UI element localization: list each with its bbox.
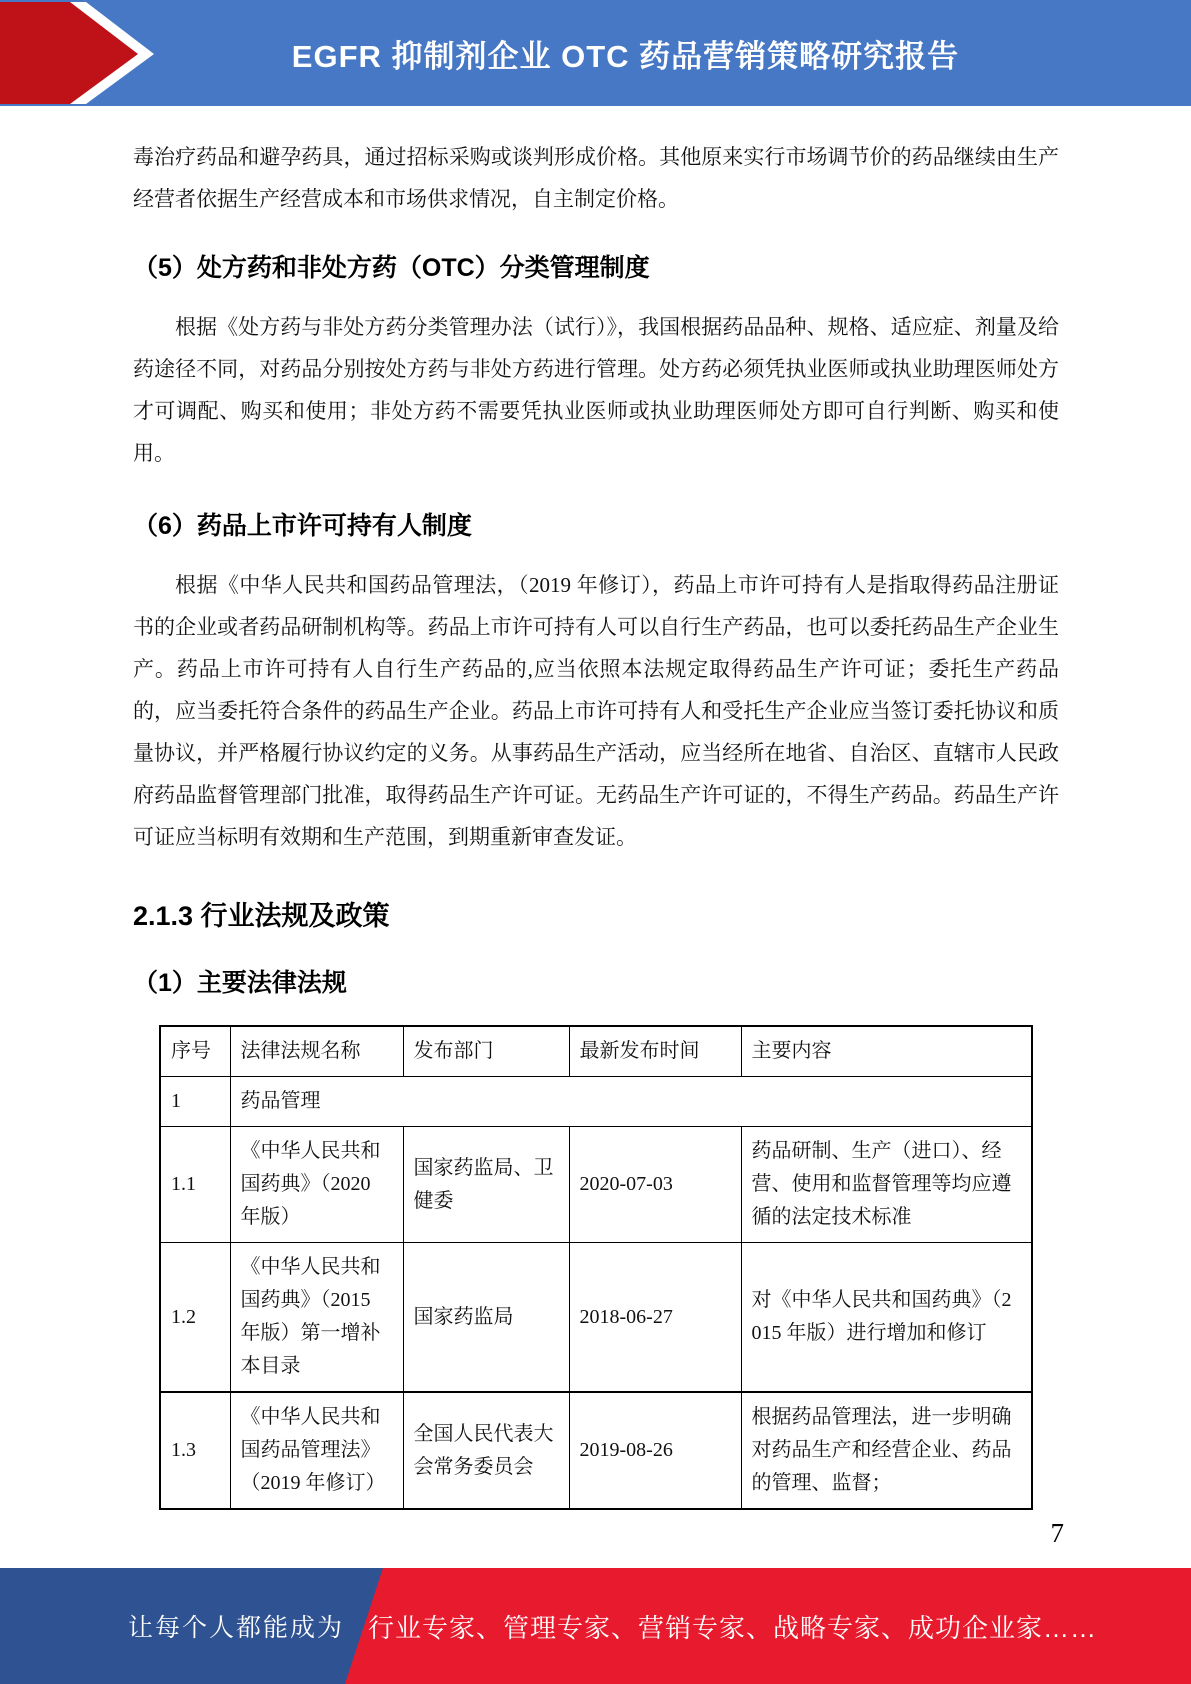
cell-content: 药品研制、生产（进口）、经营、使用和监督管理等均应遵循的法定技术标准 (741, 1127, 1032, 1243)
page-content: 毒治疗药品和避孕药具，通过招标采购或谈判形成价格。其他原来实行市场调节价的药品继… (0, 136, 1191, 1510)
section-heading-mah-system: （6）药品上市许可持有人制度 (133, 506, 1059, 542)
cell-content: 对《中华人民共和国药典》（2015 年版）进行增加和修订 (741, 1243, 1032, 1393)
cell-law-name: 《中华人民共和国药典》（2015 年版）第一增补本目录 (230, 1243, 403, 1393)
paragraph-price-continuation: 毒治疗药品和避孕药具，通过招标采购或谈判形成价格。其他原来实行市场调节价的药品继… (133, 136, 1059, 220)
report-page: EGFR 抑制剂企业 OTC 药品营销策略研究报告 毒治疗药品和避孕药具，通过招… (0, 0, 1191, 1684)
footer-slogan-right: 行业专家、管理专家、营销专家、战略专家、成功企业家…… (368, 1568, 1097, 1684)
header-cell-dept: 发布部门 (403, 1026, 569, 1077)
cell-no: 1.3 (160, 1392, 230, 1509)
header-cell-content: 主要内容 (741, 1026, 1032, 1077)
cell-group-title: 药品管理 (230, 1077, 1032, 1127)
laws-table: 序号 法律法规名称 发布部门 最新发布时间 主要内容 1 药品管理 1.1 《中… (159, 1025, 1033, 1510)
paragraph-mah-system: 根据《中华人民共和国药品管理法，（2019 年修订），药品上市许可持有人是指取得… (133, 564, 1059, 858)
cell-date: 2019-08-26 (569, 1392, 741, 1509)
cell-no: 1.2 (160, 1243, 230, 1393)
table-row: 1.3 《中华人民共和国药品管理法》（2019 年修订） 全国人民代表大会常务委… (160, 1392, 1032, 1509)
footer-band: 让每个人都能成为 行业专家、管理专家、营销专家、战略专家、成功企业家…… (0, 1568, 1191, 1684)
cell-law-name: 《中华人民共和国药品管理法》（2019 年修订） (230, 1392, 403, 1509)
table-row: 1.2 《中华人民共和国药典》（2015 年版）第一增补本目录 国家药监局 20… (160, 1243, 1032, 1393)
table-row: 1.1 《中华人民共和国药典》（2020 年版） 国家药监局、卫健委 2020-… (160, 1127, 1032, 1243)
report-title: EGFR 抑制剂企业 OTC 药品营销策略研究报告 (0, 0, 1191, 106)
header-cell-date: 最新发布时间 (569, 1026, 741, 1077)
cell-dept: 全国人民代表大会常务委员会 (403, 1392, 569, 1509)
cell-content: 根据药品管理法，进一步明确对药品生产和经营企业、药品的管理、监督； (741, 1392, 1032, 1509)
cell-date: 2020-07-03 (569, 1127, 741, 1243)
footer-slogan-left: 让每个人都能成为 (128, 1568, 344, 1684)
page-number: 7 (1051, 1518, 1065, 1549)
table-group-row: 1 药品管理 (160, 1077, 1032, 1127)
header-cell-name: 法律法规名称 (230, 1026, 403, 1077)
cell-dept: 国家药监局 (403, 1243, 569, 1393)
header-cell-no: 序号 (160, 1026, 230, 1077)
cell-no: 1.1 (160, 1127, 230, 1243)
section-heading-main-laws: （1）主要法律法规 (133, 963, 1059, 999)
section-heading-regulations: 2.1.3 行业法规及政策 (133, 894, 1059, 933)
cell-group-no: 1 (160, 1077, 230, 1127)
cell-date: 2018-06-27 (569, 1243, 741, 1393)
header-banner: EGFR 抑制剂企业 OTC 药品营销策略研究报告 (0, 0, 1191, 106)
cell-dept: 国家药监局、卫健委 (403, 1127, 569, 1243)
paragraph-otc-classification: 根据《处方药与非处方药分类管理办法（试行）》，我国根据药品品种、规格、适应症、剂… (133, 306, 1059, 474)
table-header-row: 序号 法律法规名称 发布部门 最新发布时间 主要内容 (160, 1026, 1032, 1077)
section-heading-otc-classification: （5）处方药和非处方药（OTC）分类管理制度 (133, 248, 1059, 284)
cell-law-name: 《中华人民共和国药典》（2020 年版） (230, 1127, 403, 1243)
